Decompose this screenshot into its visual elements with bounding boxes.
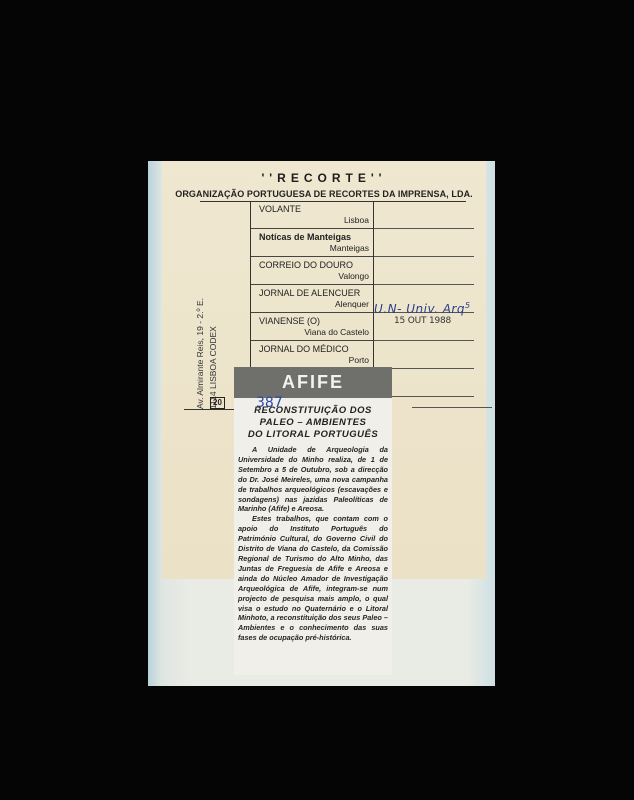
address-line-1: Av. Almirante Reis, 19 - 2.º E.	[195, 298, 205, 409]
article-paragraph: Estes trabalhos, que contam com o apoio …	[238, 514, 388, 643]
publication-row: VOLANTE Lisboa	[251, 201, 373, 229]
publication-name: CORREIO DO DOURO	[259, 260, 369, 271]
publication-city: Manteigas	[259, 243, 369, 254]
publication-city: Viana do Castelo	[259, 327, 369, 338]
annotation-source: U.N- Univ. Arq5	[374, 301, 471, 316]
publication-row: JORNAL DO MÉDICO Porto	[251, 341, 373, 369]
publication-city: Alenquer	[259, 299, 369, 310]
article-body: A Unidade de Arqueologia da Universidade…	[238, 445, 388, 643]
article-headline: RECONSTITUIÇÃO DOS PALEO – AMBIENTES DO …	[234, 405, 392, 441]
publication-row: Notícas de Manteigas Manteigas	[251, 229, 373, 257]
article-paragraph: A Unidade de Arqueologia da Universidade…	[238, 445, 388, 514]
publication-name: JORNAL DO MÉDICO	[259, 344, 369, 355]
handwritten-annotation: U.N- Univ. Arq5 15 OUT 1988	[374, 301, 471, 326]
page-number: 20	[210, 397, 225, 409]
news-article: AFIFE 387 RECONSTITUIÇÃO DOS PALEO – AMB…	[234, 367, 392, 675]
date-stamp: 15 OUT 1988	[394, 316, 471, 326]
publication-city: Lisboa	[259, 215, 369, 226]
publication-name: JORNAL DE ALENCUER	[259, 288, 369, 299]
agency-address: Av. Almirante Reis, 19 - 2.º E. 1114 LIS…	[194, 298, 220, 409]
publication-city: Valongo	[259, 271, 369, 282]
publication-name: VOLANTE	[259, 204, 369, 215]
publication-row: CORREIO DO DOURO Valongo	[251, 257, 373, 285]
annotation-line	[412, 407, 492, 408]
publication-city: Porto	[259, 355, 369, 366]
publication-row: VIANENSE (O) Viana do Castelo	[251, 313, 373, 341]
agency-title: ''RECORTE''	[162, 171, 486, 185]
agency-subtitle: ORGANIZAÇÃO PORTUGUESA DE RECORTES DA IM…	[162, 189, 486, 199]
article-section-banner: AFIFE	[234, 367, 392, 398]
publication-name: Notícas de Manteigas	[259, 232, 369, 243]
publication-row: JORNAL DE ALENCUER Alenquer	[251, 285, 373, 313]
publication-name: VIANENSE (O)	[259, 316, 369, 327]
